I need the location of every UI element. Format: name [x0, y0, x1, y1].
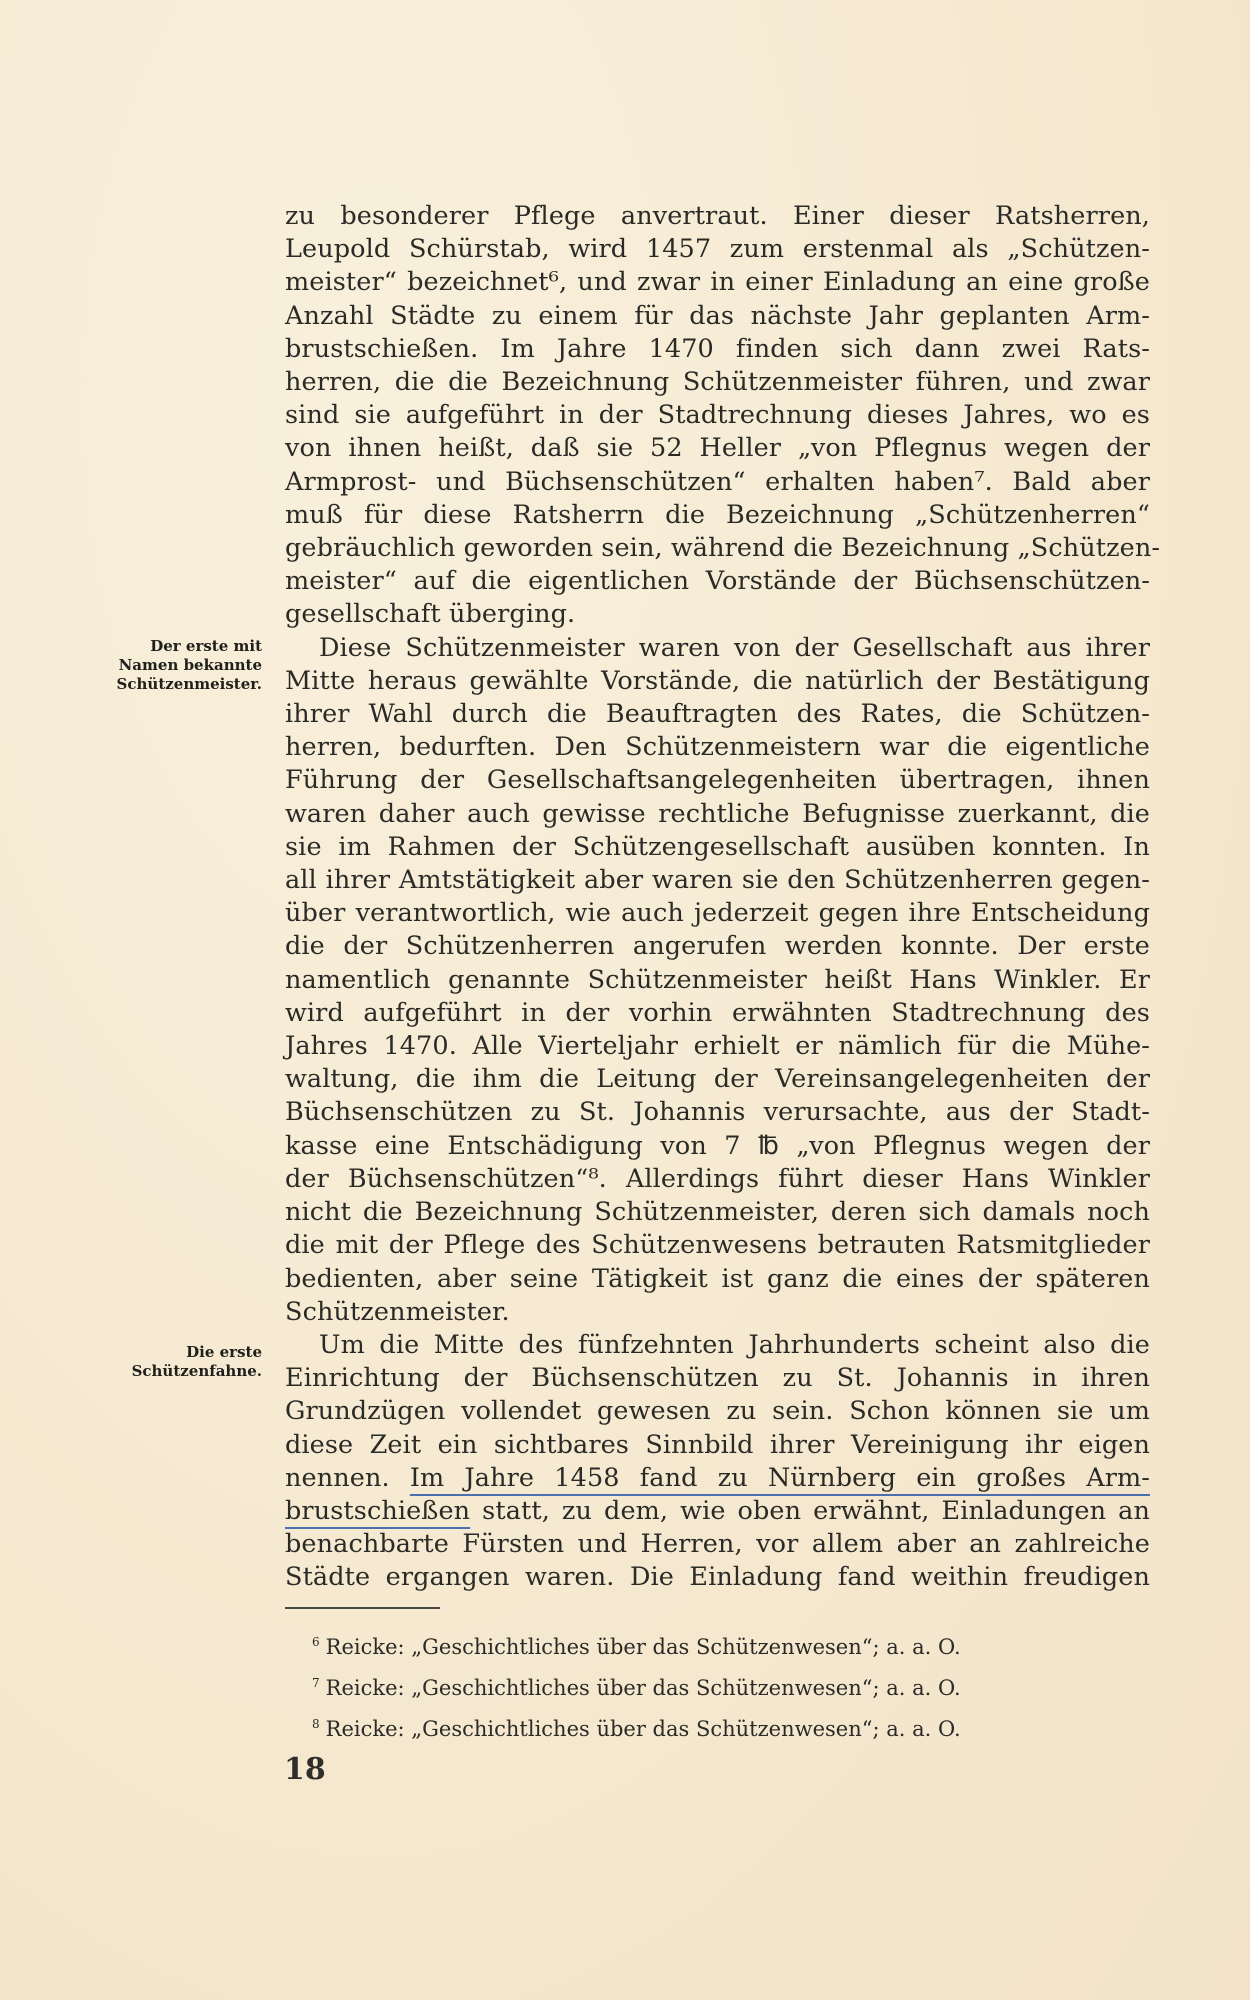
- marginal-note-line: Schützenmeister.: [62, 675, 262, 694]
- text-fragment: nennen.: [285, 1463, 410, 1493]
- paragraph-1: zu besonderer Pflege anvertraut. Einer d…: [285, 200, 1150, 632]
- text-line: ihrer Wahl durch die Beauftragten des Ra…: [285, 698, 1150, 731]
- text-line: muß für diese Ratsherrn die Bezeichnung …: [285, 499, 1150, 532]
- text-line: diese Zeit ein sichtbares Sinnbild ihrer…: [285, 1429, 1150, 1462]
- text-line: Mitte heraus gewählte Vorstände, die nat…: [285, 665, 1150, 698]
- text-line: die mit der Pflege des Schützenwesens be…: [285, 1229, 1150, 1262]
- text-line: Jahres 1470. Alle Vierteljahr erhielt er…: [285, 1030, 1150, 1063]
- hand-underlined-passage: Im Jahre 1458 fand zu Nürnberg ein große…: [410, 1463, 1150, 1493]
- text-line: Schützenmeister.: [285, 1296, 1150, 1329]
- text-line: herren, die die Bezeichnung Schützenmeis…: [285, 366, 1150, 399]
- text-line: gesellschaft überging.: [285, 598, 1150, 631]
- text-line: wird aufgeführt in der vorhin erwähnten …: [285, 997, 1150, 1030]
- marginal-note-line: Namen bekannte: [62, 656, 262, 675]
- footnote-number: 7: [312, 1676, 320, 1690]
- text-line: meister“ auf die eigentlichen Vorstände …: [285, 565, 1150, 598]
- text-line: gebräuchlich geworden sein, während die …: [285, 532, 1150, 565]
- footnote-8: 8Reicke: „Geschichtliches über das Schüt…: [312, 1706, 961, 1747]
- book-page: Der erste mit Namen bekannte Schützenmei…: [0, 0, 1250, 2000]
- footnote-7: 7Reicke: „Geschichtliches über das Schüt…: [312, 1665, 961, 1706]
- text-line: waltung, die ihm die Leitung der Vereins…: [285, 1063, 1150, 1096]
- marginal-note-line: Schützenfahne.: [62, 1362, 262, 1381]
- page-number: 18: [284, 1752, 326, 1787]
- text-line: waren daher auch gewisse rechtliche Befu…: [285, 798, 1150, 831]
- footnote-text: Reicke: „Geschichtliches über das Schütz…: [326, 1717, 961, 1741]
- text-line: meister“ bezeichnet⁶, und zwar in einer …: [285, 266, 1150, 299]
- text-line: bedienten, aber seine Tätigkeit ist ganz…: [285, 1263, 1150, 1296]
- text-line: von ihnen heißt, daß sie 52 Heller „von …: [285, 432, 1150, 465]
- marginal-note-line: Die erste: [62, 1343, 262, 1362]
- text-line: Führung der Gesellschaftsangelegenheiten…: [285, 764, 1150, 797]
- text-line: Diese Schützenmeister waren von der Gese…: [285, 632, 1150, 665]
- text-line: über verantwortlich, wie auch jederzeit …: [285, 897, 1150, 930]
- footnotes: 6Reicke: „Geschichtliches über das Schüt…: [312, 1624, 961, 1747]
- footnote-6: 6Reicke: „Geschichtliches über das Schüt…: [312, 1624, 961, 1665]
- text-line: Büchsenschützen zu St. Johannis verursac…: [285, 1096, 1150, 1129]
- text-line: herren, bedurften. Den Schützenmeistern …: [285, 731, 1150, 764]
- text-line: all ihrer Amtstätigkeit aber waren sie d…: [285, 864, 1150, 897]
- text-fragment: statt, zu dem, wie oben erwähnt, Einladu…: [470, 1496, 1150, 1526]
- text-line: namentlich genannte Schützenmeister heiß…: [285, 964, 1150, 997]
- text-line: Einrichtung der Büchsenschützen zu St. J…: [285, 1362, 1150, 1395]
- footnote-divider: [285, 1607, 440, 1609]
- text-line: sind sie aufgeführt in der Stadtrechnung…: [285, 399, 1150, 432]
- text-line: nennen. Im Jahre 1458 fand zu Nürnberg e…: [285, 1462, 1150, 1495]
- paragraph-2: Diese Schützenmeister waren von der Gese…: [285, 632, 1150, 1329]
- text-line: sie im Rahmen der Schützengesellschaft a…: [285, 831, 1150, 864]
- body-text: zu besonderer Pflege anvertraut. Einer d…: [285, 200, 1150, 1595]
- hand-underlined-passage: brustschießen: [285, 1496, 470, 1526]
- text-line: brustschießen statt, zu dem, wie oben er…: [285, 1495, 1150, 1528]
- text-line: kasse eine Entschädigung von 7 ℔ „von Pf…: [285, 1130, 1150, 1163]
- footnote-number: 8: [312, 1717, 320, 1731]
- marginal-note-first-named-schuetzenmeister: Der erste mit Namen bekannte Schützenmei…: [62, 637, 262, 694]
- text-line: Armprost- und Büchsenschützen“ erhalten …: [285, 466, 1150, 499]
- text-line: der Büchsenschützen“⁸. Allerdings führt …: [285, 1163, 1150, 1196]
- text-line: Leupold Schürstab, wird 1457 zum erstenm…: [285, 233, 1150, 266]
- paragraph-3: Um die Mitte des fünfzehnten Jahrhundert…: [285, 1329, 1150, 1595]
- text-line: nicht die Bezeichnung Schützenmeister, d…: [285, 1196, 1150, 1229]
- text-line: Anzahl Städte zu einem für das nächste J…: [285, 300, 1150, 333]
- marginal-note-line: Der erste mit: [62, 637, 262, 656]
- marginal-note-first-flag: Die erste Schützenfahne.: [62, 1343, 262, 1381]
- text-line: Grundzügen vollendet gewesen zu sein. Sc…: [285, 1395, 1150, 1428]
- footnote-text: Reicke: „Geschichtliches über das Schütz…: [326, 1676, 961, 1700]
- footnote-text: Reicke: „Geschichtliches über das Schütz…: [326, 1635, 961, 1659]
- text-line: zu besonderer Pflege anvertraut. Einer d…: [285, 200, 1150, 233]
- text-line: Städte ergangen waren. Die Einladung fan…: [285, 1561, 1150, 1594]
- text-line: brustschießen. Im Jahre 1470 finden sich…: [285, 333, 1150, 366]
- footnote-number: 6: [312, 1635, 320, 1649]
- text-line: benachbarte Fürsten und Herren, vor alle…: [285, 1528, 1150, 1561]
- text-line: die der Schützenherren angerufen werden …: [285, 930, 1150, 963]
- text-line: Um die Mitte des fünfzehnten Jahrhundert…: [285, 1329, 1150, 1362]
